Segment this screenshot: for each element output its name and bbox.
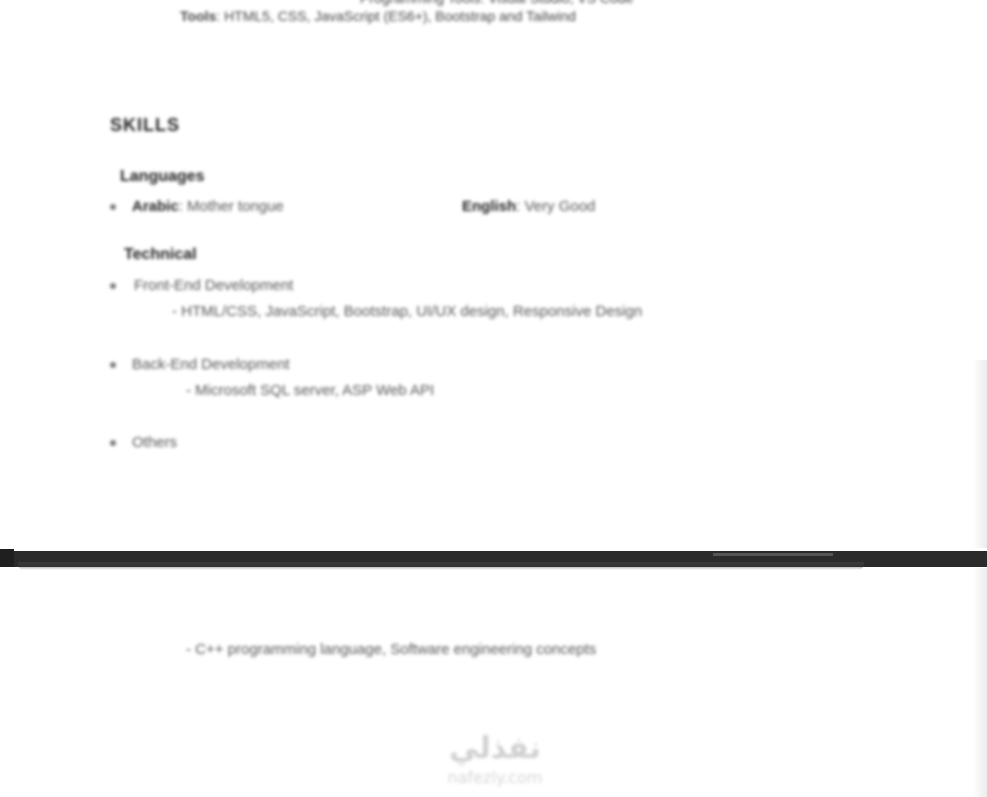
technical-item-backend-details: - Microsoft SQL server, ASP Web API [186, 382, 434, 399]
page-separator-highlight [713, 553, 833, 556]
watermark-domain: nafezly.com [430, 768, 560, 787]
watermark: نفذلي nafezly.com [430, 732, 560, 787]
language-item-arabic: Arabic: Mother tongue [132, 198, 284, 215]
technical-item-others-details: - C++ programming language, Software eng… [186, 641, 596, 658]
bullet-icon [110, 362, 116, 368]
page-separator-edge [0, 549, 14, 567]
technical-item-backend: Back-End Development [132, 356, 290, 373]
bullet-icon [110, 283, 116, 289]
technical-item-frontend: Front-End Development [134, 277, 293, 294]
page-edge-shadow [973, 360, 987, 797]
languages-heading: Languages [120, 168, 204, 186]
skills-heading: SKILLS [110, 115, 180, 136]
technical-item-others: Others [132, 434, 177, 451]
tools-line: Tools: HTML5, CSS, JavaScript (ES6+), Bo… [180, 8, 576, 24]
technical-item-frontend-details: - HTML/CSS, JavaScript, Bootstrap, UI/UX… [172, 303, 642, 320]
technical-heading: Technical [124, 246, 197, 264]
tools-label: Tools [180, 8, 216, 24]
page-separator-shadow [18, 562, 864, 570]
watermark-arabic-logo: نفذلي [430, 732, 560, 766]
top-partial-line: Programming Tools: Visual Studio, VS Cod… [360, 0, 633, 6]
document-page-1 [0, 0, 987, 550]
bullet-icon [110, 440, 116, 446]
bullet-icon [110, 204, 116, 210]
tools-value: : HTML5, CSS, JavaScript (ES6+), Bootstr… [216, 8, 576, 24]
language-item-english: English: Very Good [462, 198, 595, 215]
